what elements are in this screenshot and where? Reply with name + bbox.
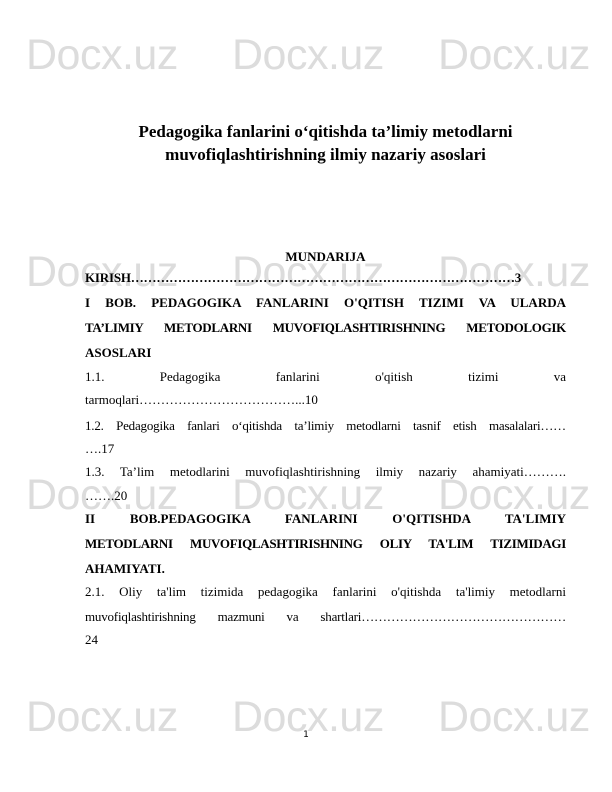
toc-section-1-1[interactable]: 1.1. Pedagogika fanlarini o'qitish tizim… bbox=[85, 367, 566, 387]
toc-chapter-1-cont[interactable]: ASOSLARI bbox=[85, 343, 566, 363]
page-number: 1 bbox=[296, 729, 316, 741]
toc-chapter-2-cont[interactable]: AHAMIYATI. bbox=[85, 559, 566, 579]
title-line: Pedagogika fanlarini o‘qitishda ta’limiy… bbox=[85, 120, 566, 143]
toc-section-1-3-cont[interactable]: …….20 bbox=[85, 486, 566, 506]
toc-heading: MUNDARIJA bbox=[85, 247, 566, 267]
toc-chapter-1-cont[interactable]: TA’LIMIY METODLARNI MUVOFIQLASHTIRISHNIN… bbox=[85, 318, 566, 338]
toc-section-2-1[interactable]: 2.1. Oliy ta'lim tizimida pedagogika fan… bbox=[85, 582, 566, 602]
toc-section-1-3[interactable]: 1.3. Ta’lim metodlarini muvofiqlashtiris… bbox=[85, 462, 566, 482]
toc-chapter-2-cont[interactable]: METODLARNI MUVOFIQLASHTIRISHNING OLIY TA… bbox=[85, 534, 566, 554]
toc-chapter-1[interactable]: I BOB. PEDAGOGIKA FANLARINI O'QITISH TIZ… bbox=[85, 293, 566, 313]
document-page: Pedagogika fanlarini o‘qitishda ta’limiy… bbox=[0, 0, 612, 792]
title-line: muvofiqlashtirishning ilmiy nazariy asos… bbox=[85, 143, 566, 166]
toc-section-2-1-cont[interactable]: muvofiqlashtirishning mazmuni va shartla… bbox=[85, 607, 566, 627]
toc-section-2-1-cont[interactable]: 24 bbox=[85, 630, 566, 650]
document-title: Pedagogika fanlarini o‘qitishda ta’limiy… bbox=[85, 120, 566, 166]
toc-entry-intro[interactable]: KIRISH………………………………………………………………………………3 bbox=[85, 268, 566, 288]
toc-section-1-2-cont[interactable]: ….17 bbox=[85, 439, 566, 459]
toc-section-1-1-cont[interactable]: tarmoqlari………………………………...10 bbox=[85, 390, 566, 410]
toc-chapter-2[interactable]: II BOB.PEDAGOGIKA FANLARINI O'QITISHDA T… bbox=[85, 509, 566, 529]
toc-section-1-2[interactable]: 1.2. Pedagogika fanlari o‘qitishda ta’li… bbox=[85, 416, 566, 436]
